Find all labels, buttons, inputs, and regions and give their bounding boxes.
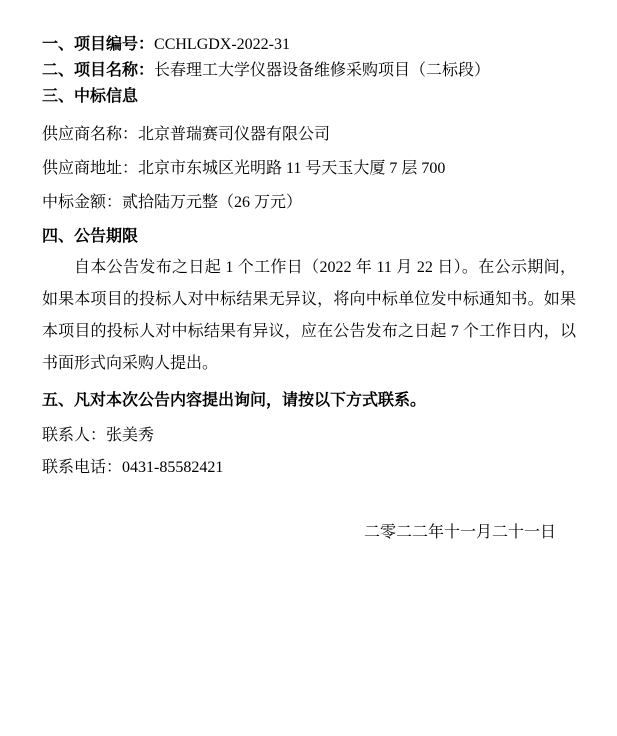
contact-block: 联系人：张美秀 联系电话：0431-85582421 xyxy=(42,420,576,484)
announcement-period-paragraph: 自本公告发布之日起 1 个工作日（2022 年 11 月 22 日）。在公示期间… xyxy=(42,252,576,380)
section-award-info-heading: 三、中标信息 xyxy=(42,84,576,110)
supplier-address-value: 北京市东城区光明路 11 号天玉大厦 7 层 700 xyxy=(138,160,445,177)
award-info-block: 供应商名称：北京普瑞赛司仪器有限公司 供应商地址：北京市东城区光明路 11 号天… xyxy=(42,118,576,220)
award-amount-label: 中标金额： xyxy=(42,194,122,211)
supplier-name-line: 供应商名称：北京普瑞赛司仪器有限公司 xyxy=(42,118,576,152)
contact-person-line: 联系人：张美秀 xyxy=(42,420,576,452)
section-project-number: 一、项目编号：CCHLGDX-2022-31 xyxy=(42,32,576,58)
announcement-date: 二零二二年十一月二十一日 xyxy=(42,524,576,542)
contact-phone-label: 联系电话： xyxy=(42,459,122,476)
project-number-label: 一、项目编号： xyxy=(42,36,154,53)
supplier-name-label: 供应商名称： xyxy=(42,126,138,143)
supplier-name-value: 北京普瑞赛司仪器有限公司 xyxy=(138,126,330,143)
supplier-address-label: 供应商地址： xyxy=(42,160,138,177)
section-project-name: 二、项目名称：长春理工大学仪器设备维修采购项目（二标段） xyxy=(42,58,576,84)
contact-person-value: 张美秀 xyxy=(106,427,154,444)
contact-phone-value: 0431-85582421 xyxy=(122,459,223,476)
section-announcement-period-heading: 四、公告期限 xyxy=(42,224,576,250)
award-amount-line: 中标金额：贰拾陆万元整（26 万元） xyxy=(42,186,576,220)
project-number-value: CCHLGDX-2022-31 xyxy=(154,36,290,53)
supplier-address-line: 供应商地址：北京市东城区光明路 11 号天玉大厦 7 层 700 xyxy=(42,152,576,186)
contact-person-label: 联系人： xyxy=(42,427,106,444)
project-name-value: 长春理工大学仪器设备维修采购项目（二标段） xyxy=(154,62,490,79)
contact-phone-line: 联系电话：0431-85582421 xyxy=(42,452,576,484)
announcement-document: 一、项目编号：CCHLGDX-2022-31 二、项目名称：长春理工大学仪器设备… xyxy=(0,0,617,736)
award-amount-value: 贰拾陆万元整（26 万元） xyxy=(122,194,302,211)
section-contact-heading: 五、凡对本次公告内容提出询问，请按以下方式联系。 xyxy=(42,388,576,414)
project-name-label: 二、项目名称： xyxy=(42,62,154,79)
